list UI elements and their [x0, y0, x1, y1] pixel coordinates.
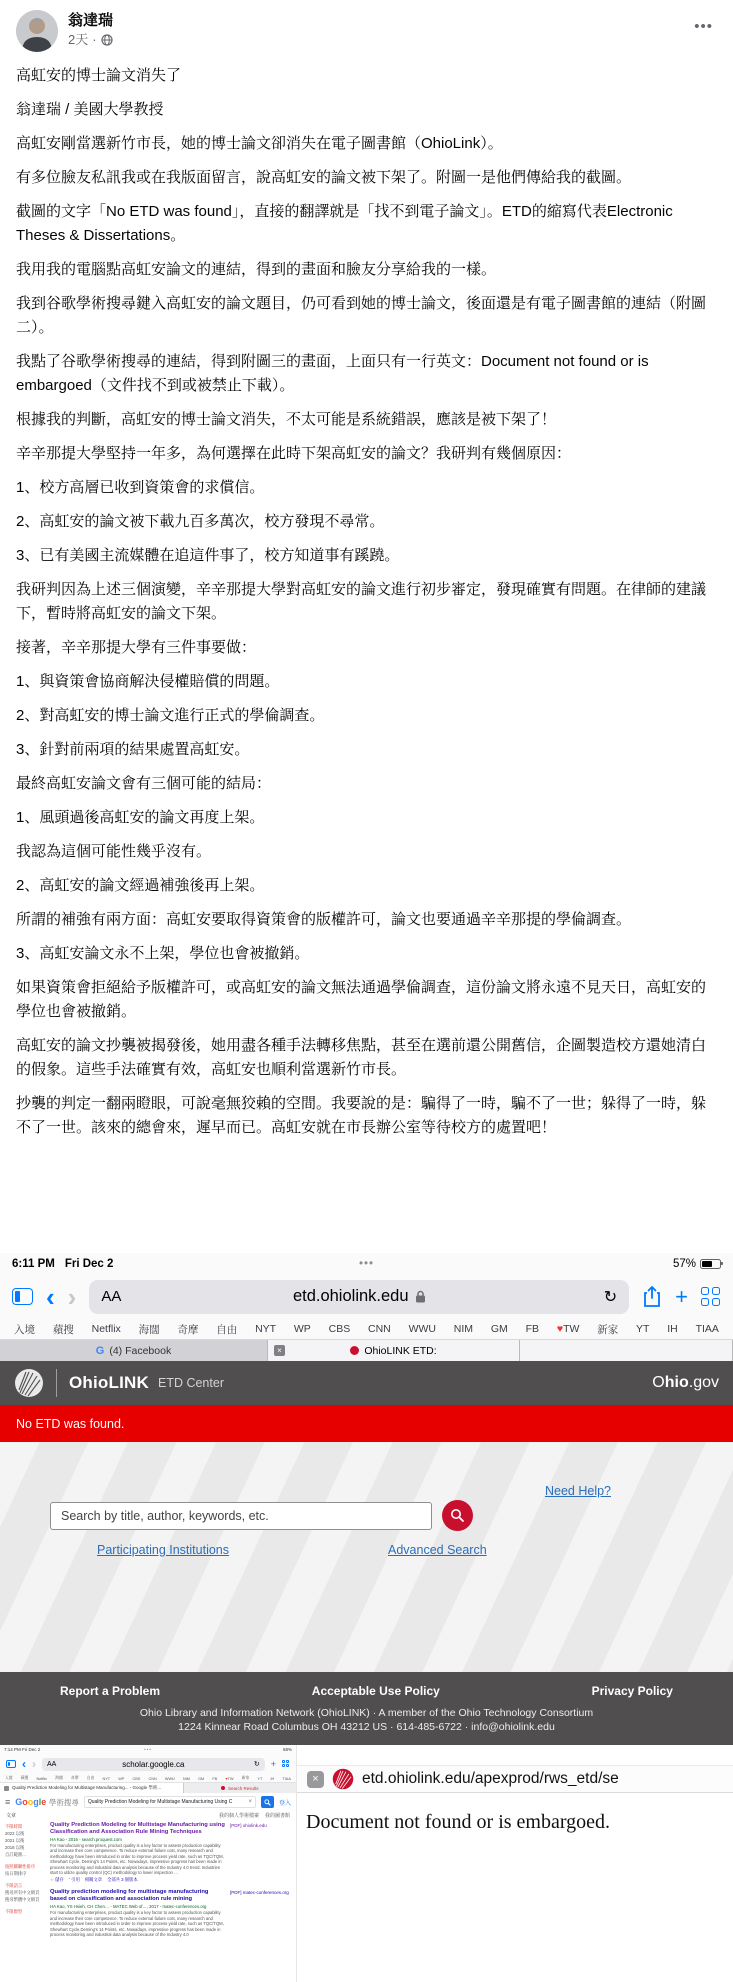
tab-facebook[interactable]: G (4) Facebook	[0, 1340, 268, 1361]
mini-status-bar: 7:14 PM Fri Dec 2 ••• 58%	[0, 1745, 296, 1753]
battery-percent: 57%	[673, 1258, 696, 1270]
page: 翁達瑞 2天 · ••• 高虹安的博士論文消失了翁達瑞 / 美國大學教授高虹安剛…	[0, 0, 733, 1982]
lock-icon	[415, 1290, 426, 1303]
mbm-item[interactable]: 新家	[242, 1776, 250, 1781]
attachment-screenshot-error: × etd.ohiolink.edu/apexprod/rws_etd/se D…	[296, 1745, 733, 1982]
status-time: 6:11 PM	[12, 1258, 55, 1270]
mini-status-dots-icon: •••	[144, 1747, 152, 1752]
post-options-icon[interactable]: •••	[694, 18, 713, 35]
scholar-sidebar: 不限時間 2022 以後 2021 以後 2018 以後 自訂範圍... 按照關…	[0, 1820, 46, 1943]
result-meta: HA Kao - 2016 - search.proquest.com	[50, 1837, 226, 1842]
bm-item[interactable]: 海闊	[139, 1322, 160, 1337]
tabs-icon[interactable]	[701, 1287, 721, 1307]
mini-forward-icon[interactable]: ›	[32, 1759, 36, 1769]
mini-battery-percent: 58%	[283, 1747, 292, 1752]
fb-para-item: 我點了谷歌學術搜尋的連結，得到附圖三的畫面，上面只有一行英文：Document …	[16, 350, 717, 398]
mini-reload-icon[interactable]: ↻	[254, 1760, 260, 1768]
mbm-item[interactable]: ♥TW	[225, 1777, 233, 1781]
reload-icon[interactable]: ↻	[604, 1287, 617, 1307]
tab-ohiolink[interactable]: × OhioLINK ETD:	[268, 1340, 520, 1361]
mbm-item[interactable]: TIAA	[282, 1777, 290, 1781]
scholar-main: 不限時間 2022 以後 2021 以後 2018 以後 自訂範圍... 按照關…	[0, 1820, 296, 1943]
mini-new-tab-icon[interactable]: +	[271, 1760, 276, 1769]
participating-institutions-link[interactable]: Participating Institutions	[97, 1543, 229, 1557]
mini-tab-favicon	[4, 1786, 9, 1791]
error-banner-text: No ETD was found.	[16, 1417, 124, 1431]
facebook-post: 翁達瑞 2天 · ••• 高虹安的博士論文消失了翁達瑞 / 美國大學教授高虹安剛…	[0, 0, 733, 1253]
post-meta: 2天 ·	[68, 31, 113, 49]
bm-item[interactable]: 蘋搜	[53, 1322, 74, 1337]
bm-item[interactable]: GM	[491, 1323, 508, 1335]
sort-by-date[interactable]: 按日期排序	[5, 1870, 44, 1877]
ohiolink-logo-red	[332, 1768, 354, 1790]
post-author[interactable]: 翁達瑞	[68, 11, 113, 31]
post-header: 翁達瑞 2天 · •••	[16, 10, 717, 52]
filter-any-type[interactable]: 不限類型	[5, 1908, 44, 1915]
share-icon[interactable]	[642, 1285, 662, 1309]
new-tab-icon[interactable]: +	[675, 1286, 688, 1308]
etd-center-label: ETD Center	[158, 1376, 224, 1390]
ohiolink-footer: Report a Problem Acceptable Use Policy P…	[0, 1672, 733, 1745]
mini-status-time: 7:14 PM	[4, 1747, 21, 1752]
ohiolink-logo	[14, 1368, 44, 1398]
ohiolink-favicon	[350, 1346, 359, 1355]
mini-url-text[interactable]: scholar.google.ca	[122, 1760, 184, 1769]
error-tab-bar: × etd.ohiolink.edu/apexprod/rws_etd/se	[297, 1765, 733, 1793]
footer-links: Report a Problem Acceptable Use Policy P…	[0, 1684, 733, 1698]
error-message: Document not found or is embargoed.	[306, 1811, 729, 1834]
filter-since-2018[interactable]: 2018 以後	[5, 1844, 44, 1851]
tab-empty[interactable]	[520, 1340, 733, 1361]
all-versions-action[interactable]: 全部共 3 個版本	[107, 1877, 138, 1883]
filter-anytime[interactable]: 不限時間	[5, 1823, 44, 1830]
url-text[interactable]: etd.ohiolink.edu	[293, 1287, 409, 1306]
result-actions: ☆ 儲存 ” 引用 相關文章 全部共 3 個版本	[50, 1877, 226, 1883]
fb-para-item: 1、風頭過後高虹安的論文再度上架。	[16, 806, 717, 830]
battery-icon	[700, 1259, 721, 1269]
bm-item[interactable]: TIAA	[696, 1323, 719, 1335]
header-divider	[56, 1369, 57, 1397]
fb-para-item: 我用我的電腦點高虹安論文的連結，得到的畫面和臉友分享給我的一樣。	[16, 258, 717, 282]
error-banner: No ETD was found.	[0, 1405, 733, 1442]
scholar-search-box[interactable]: Quality Prediction Modeling for Multista…	[84, 1796, 256, 1808]
need-help-link[interactable]: Need Help?	[545, 1484, 611, 1498]
menu-icon[interactable]: ≡	[5, 1797, 10, 1807]
mbm-item[interactable]: GM	[198, 1777, 204, 1781]
fb-para-item: 根據我的判斷，高虹安的博士論文消失，不太可能是系統錯誤，應該是被下架了！	[16, 408, 717, 432]
heart-icon: ♥	[557, 1323, 563, 1335]
result-pdf-link[interactable]: [PDF] ohiolink.edu	[226, 1822, 294, 1883]
avatar-image	[16, 10, 58, 52]
fb-para-item: 2、高虹安的論文經過補強後再上架。	[16, 874, 717, 898]
bm-item[interactable]: 入境	[14, 1322, 35, 1337]
mini-safari-toolbar: ‹ › AA scholar.google.ca ↻ +	[0, 1753, 296, 1775]
globe-icon	[101, 34, 113, 46]
fb-para-item: 有多位臉友私訊我或在我版面留言，說高虹安的論文被下架了。附圖一是他們傳給我的截圖…	[16, 166, 717, 190]
tab-facebook-label: (4) Facebook	[109, 1345, 171, 1357]
mini-address-bar[interactable]: AA scholar.google.ca ↻	[42, 1758, 265, 1771]
ohiolink-brand[interactable]: OhioLINK	[69, 1373, 149, 1393]
filter-since-2022[interactable]: 2022 以後	[5, 1830, 44, 1837]
mini-tab-scholar-label: Quality Prediction Modeling for Multista…	[12, 1785, 161, 1791]
fb-para-item: 1、校方高層已收到資策會的求償信。	[16, 476, 717, 500]
post-author-block: 翁達瑞 2天 ·	[68, 10, 113, 49]
fb-para-item: 我到谷歌學術搜尋鍵入高虹安的論文題目，仍可看到她的博士論文，後面還是有電子圖書館…	[16, 292, 717, 340]
bm-item[interactable]: IH	[667, 1323, 678, 1335]
fb-para-item: 抄襲的判定一翻兩瞪眼，可說毫無狡賴的空間。我要說的是：騙得了一時，騙不了一世；躲…	[16, 1092, 717, 1140]
fb-para-item: 2、高虹安的論文被下載九百多萬次，校方發現不尋常。	[16, 510, 717, 534]
bm-item[interactable]: Netflix	[92, 1323, 121, 1335]
address-bar[interactable]: AA etd.ohiolink.edu ↻	[89, 1280, 629, 1314]
bm-item[interactable]: YT	[636, 1323, 649, 1335]
mbm-item[interactable]: NIM	[183, 1777, 190, 1781]
mbm-item[interactable]: CNN	[148, 1777, 156, 1781]
sidebar-icon[interactable]	[12, 1288, 33, 1305]
search-icon	[450, 1508, 465, 1523]
mini-tab-search-results[interactable]: Search Results	[184, 1783, 296, 1793]
library-link[interactable]: 我的圖書館	[265, 1812, 290, 1819]
fb-para-item: 3、針對前兩項的結果處置高虹安。	[16, 738, 717, 762]
avatar[interactable]	[16, 10, 58, 52]
mbm-item[interactable]: IH	[270, 1777, 274, 1781]
mini-tab-bar: Quality Prediction Modeling for Multista…	[0, 1783, 296, 1793]
mbm-item[interactable]: 蘋搜	[21, 1776, 29, 1781]
fb-para-item: 2、對高虹安的博士論文進行正式的學倫調查。	[16, 704, 717, 728]
attachment-screenshots-row: 7:14 PM Fri Dec 2 ••• 58% ‹ › AA scholar…	[0, 1745, 733, 1982]
status-dots-icon: •••	[359, 1258, 374, 1270]
fb-para-item: 最終高虹安論文會有三個可能的結局：	[16, 772, 717, 796]
filter-chinese-all[interactable]: 搜尋所有中文網頁	[5, 1889, 44, 1896]
forward-icon[interactable]: ›	[68, 1287, 77, 1307]
mbm-item[interactable]: NYT	[102, 1777, 110, 1781]
cite-action[interactable]: 引用	[71, 1877, 80, 1882]
scholar-query[interactable]: Quality Prediction Modeling for Multista…	[88, 1799, 247, 1805]
ohiolink-body: Need Help? Participating Institutions Ad…	[0, 1442, 733, 1672]
fb-para-item: 截圖的文字「No ETD was found」，直接的翻譯就是「找不到電子論文」…	[16, 200, 717, 248]
mini-tabs-icon[interactable]	[282, 1760, 290, 1768]
mbm-item[interactable]: 自由	[87, 1776, 95, 1781]
scholar-header: ≡ Google 學術搜尋 Quality Prediction Modelin…	[0, 1793, 296, 1811]
search-input[interactable]	[50, 1502, 432, 1530]
mbm-item[interactable]: 海闊	[55, 1776, 63, 1781]
bm-item[interactable]: NIM	[454, 1323, 473, 1335]
filter-custom-range[interactable]: 自訂範圍...	[5, 1851, 44, 1858]
mbm-item[interactable]: WP	[118, 1777, 124, 1781]
attachment-screenshot-scholar: 7:14 PM Fri Dec 2 ••• 58% ‹ › AA scholar…	[0, 1745, 296, 1982]
bm-item[interactable]: WP	[294, 1323, 311, 1335]
search-icon	[264, 1799, 271, 1806]
ipad-status-bar: 6:11 PM Fri Dec 2 ••• 57%	[0, 1253, 733, 1274]
fb-para-item: 3、高虹安論文永不上架，學位也會被撤銷。	[16, 942, 717, 966]
bm-item[interactable]: WWU	[409, 1323, 436, 1335]
close-icon[interactable]: ×	[307, 1771, 324, 1788]
search-result: Quality prediction modeling for multista…	[50, 1889, 294, 1937]
search-button[interactable]	[442, 1500, 473, 1531]
report-problem-link[interactable]: Report a Problem	[60, 1684, 160, 1698]
bm-item[interactable]: NYT	[255, 1323, 276, 1335]
save-action[interactable]: 儲存	[55, 1877, 64, 1882]
cite-icon[interactable]: ”	[69, 1877, 70, 1882]
safari-toolbar: ‹ › AA etd.ohiolink.edu ↻ +	[0, 1274, 733, 1319]
status-left: 6:11 PM Fri Dec 2	[12, 1258, 113, 1270]
filter-since-2021[interactable]: 2021 以後	[5, 1837, 44, 1844]
filter-any-language[interactable]: 不限語言	[5, 1882, 44, 1889]
sign-in-link[interactable]: 登入	[279, 1798, 291, 1807]
fb-para-item: 我研判因為上述三個演變，辛辛那提大學對高虹安的論文進行初步審定，發現確實有問題。…	[16, 578, 717, 626]
fb-para-item: 所謂的補強有兩方面：高虹安要取得資策會的版權許可，論文也要通過辛辛那提的學倫調查…	[16, 908, 717, 932]
result-title[interactable]: Quality prediction modeling for multista…	[50, 1889, 226, 1903]
mini-status-date: Fri Dec 2	[22, 1747, 40, 1752]
filter-chinese-traditional[interactable]: 搜尋繁體中文網頁	[5, 1896, 44, 1903]
bm-item[interactable]: 自由	[216, 1322, 237, 1337]
result-pdf-link[interactable]: [PDF] matec-conferences.org	[226, 1889, 294, 1937]
google-favicon: G	[96, 1345, 105, 1357]
articles-label: 文章	[6, 1812, 16, 1819]
reader-button[interactable]: AA	[101, 1288, 121, 1305]
ohiolink-header: OhioLINK ETD Center Ohio.gov	[0, 1361, 733, 1405]
mbm-item[interactable]: Netflix	[37, 1777, 48, 1781]
tab-bar: G (4) Facebook × OhioLINK ETD:	[0, 1340, 733, 1361]
mini-tab-search-results-label: Search Results	[228, 1786, 259, 1791]
mbm-item[interactable]: YT	[257, 1777, 262, 1781]
scholar-logo[interactable]: Google 學術搜尋	[15, 1797, 79, 1808]
mbm-item[interactable]: 入境	[5, 1776, 13, 1781]
ohio-gov-link[interactable]: Ohio.gov	[652, 1374, 719, 1392]
result-title[interactable]: Quality Prediction Modeling for Multista…	[50, 1822, 226, 1836]
mbm-item[interactable]: FB	[212, 1777, 217, 1781]
fb-para-item: 辛辛那提大學堅持一年多，為何選擇在此時下架高虹安的論文？我研判有幾個原因：	[16, 442, 717, 466]
dot-separator: ·	[92, 31, 96, 49]
save-star-icon[interactable]: ☆	[50, 1877, 54, 1882]
status-right: 57%	[673, 1258, 721, 1270]
bm-item[interactable]: 奇摩	[177, 1322, 198, 1337]
clear-query-icon[interactable]: ×	[248, 1799, 252, 1805]
footer-org-line: Ohio Library and Information Network (Oh…	[0, 1707, 733, 1719]
scholar-subheader: 文章 我的個人學術檔案 我的圖書館	[0, 1811, 296, 1820]
fb-para-item: 接著，辛辛那提大學有三件事要做：	[16, 636, 717, 660]
fb-para-item: 如果資策會拒絕給予版權許可，或高虹安的論文無法通過學倫調查，這份論文將永遠不見天…	[16, 976, 717, 1024]
bm-item[interactable]: CBS	[329, 1323, 351, 1335]
mini-tab-scholar[interactable]: Quality Prediction Modeling for Multista…	[0, 1783, 184, 1793]
fb-para-item: 翁達瑞 / 美國大學教授	[16, 98, 717, 122]
mini-back-icon[interactable]: ‹	[22, 1759, 26, 1769]
advanced-search-link[interactable]: Advanced Search	[388, 1543, 487, 1557]
error-url[interactable]: etd.ohiolink.edu/apexprod/rws_etd/se	[362, 1770, 619, 1788]
result-meta: HA Kao, YS Hsieh, CH Chen… - MATEC Web o…	[50, 1904, 226, 1909]
privacy-policy-link[interactable]: Privacy Policy	[592, 1684, 673, 1698]
fb-para-item: 我認為這個可能性幾乎沒有。	[16, 840, 717, 864]
fb-para-item: 3、已有美國主流媒體在追這件事了，校方知道事有蹊蹺。	[16, 544, 717, 568]
fb-para-item: 1、與資策會協商解決侵權賠償的問題。	[16, 670, 717, 694]
mbm-item[interactable]: 奇摩	[71, 1776, 79, 1781]
fb-para-item: 高虹安剛當選新竹市長，她的博士論文卻消失在電子圖書館（OhioLink）。	[16, 132, 717, 156]
scholar-search-button[interactable]	[261, 1796, 274, 1808]
footer-address-line: 1224 Kinnear Road Columbus OH 43212 US ·…	[0, 1721, 733, 1733]
post-timestamp[interactable]: 2天	[68, 31, 88, 49]
bm-item[interactable]: FB	[526, 1323, 539, 1335]
scholar-results: Quality Prediction Modeling for Multista…	[46, 1820, 296, 1943]
post-body: 高虹安的博士論文消失了翁達瑞 / 美國大學教授高虹安剛當選新竹市長，她的博士論文…	[16, 64, 717, 1140]
mini-ohiolink-favicon	[221, 1786, 225, 1790]
status-date: Fri Dec 2	[65, 1258, 114, 1270]
profile-link[interactable]: 我的個人學術檔案	[219, 1812, 259, 1819]
mbm-item[interactable]: CBS	[133, 1777, 141, 1781]
sort-by-relevance[interactable]: 按照關聯性排序	[5, 1863, 44, 1870]
mbm-item[interactable]: WWU	[165, 1777, 175, 1781]
bm-item[interactable]: ♥TW	[557, 1323, 580, 1335]
acceptable-use-link[interactable]: Acceptable Use Policy	[312, 1684, 440, 1698]
heart-icon: ♥	[225, 1777, 227, 1781]
bookmarks-bar: 入境蘋搜Netflix海闊奇摩自由NYTWPCBSCNNWWUNIMGMFB♥T…	[0, 1319, 733, 1340]
mini-bookmarks-bar: 入境蘋搜Netflix海闊奇摩自由NYTWPCBSCNNWWUNIMGMFB♥T…	[0, 1775, 296, 1783]
related-articles-action[interactable]: 相關文章	[85, 1877, 102, 1883]
fb-para-item: 高虹安的博士論文消失了	[16, 64, 717, 88]
mini-sidebar-icon[interactable]	[6, 1760, 16, 1768]
bm-item[interactable]: CNN	[368, 1323, 391, 1335]
back-icon[interactable]: ‹	[46, 1287, 55, 1307]
attachment-screenshot-ohiolink: 6:11 PM Fri Dec 2 ••• 57% ‹ › AA etd.ohi…	[0, 1253, 733, 1745]
fb-para-item: 高虹安的論文抄襲被揭發後，她用盡各種手法轉移焦點，甚至在選前還公開舊信，企圖製造…	[16, 1034, 717, 1082]
tab-ohiolink-label: OhioLINK ETD:	[364, 1345, 436, 1357]
close-tab-icon[interactable]: ×	[274, 1345, 285, 1356]
search-result: Quality Prediction Modeling for Multista…	[50, 1822, 294, 1883]
result-snippet: For manufacturing enterprises, product q…	[50, 1843, 226, 1875]
bm-item[interactable]: 新家	[597, 1322, 618, 1337]
result-snippet: For manufacturing enterprises, product q…	[50, 1910, 226, 1937]
mini-reader-button[interactable]: AA	[47, 1761, 56, 1768]
